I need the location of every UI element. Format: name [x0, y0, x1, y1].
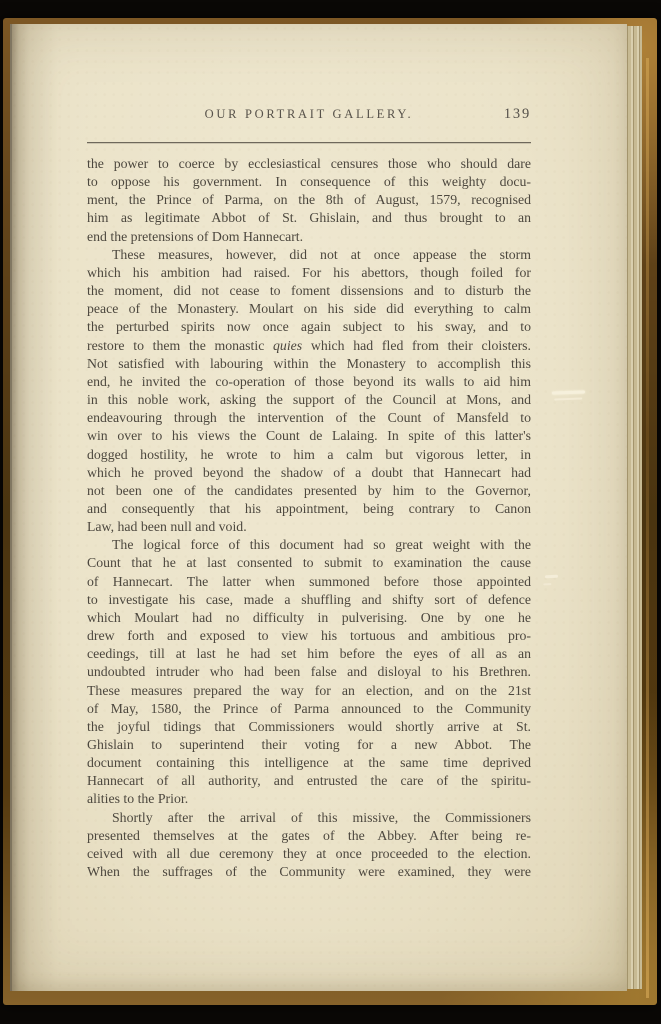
text-line: the moment, did not cease to foment diss…	[87, 282, 531, 300]
text-line: These measures, however, did not at once…	[87, 246, 531, 264]
text-line: drew forth and exposed to view his tortu…	[87, 627, 531, 645]
text-line: ceedings, till at last he had set him be…	[87, 645, 531, 663]
text-line: presented themselves at the gates of the…	[87, 827, 531, 845]
text-line: which Moulart had no difficulty in pulve…	[87, 609, 531, 627]
text-line: of May, 1580, the Prince of Parma announ…	[87, 700, 531, 718]
header-rule	[87, 142, 531, 143]
book-page: OUR PORTRAIT GALLERY. 139 the power to c…	[10, 24, 627, 991]
text-line: The logical force of this document had s…	[87, 536, 531, 554]
text-line: endeavouring through the intervention of…	[87, 409, 531, 427]
text-line: of Hannecart. The latter when summoned b…	[87, 573, 531, 591]
page-stack-edges	[625, 26, 642, 989]
text-line: Ghislain to superintend their voting for…	[87, 736, 531, 754]
paragraph: The logical force of this document had s…	[87, 536, 531, 808]
paragraph: These measures, however, did not at once…	[87, 246, 531, 537]
text-line: in this noble work, asking the support o…	[87, 391, 531, 409]
running-title: OUR PORTRAIT GALLERY.	[205, 107, 414, 122]
page-header: OUR PORTRAIT GALLERY. 139	[87, 107, 531, 127]
text-line: which his ambition had raised. For his a…	[87, 264, 531, 282]
text-line: peace of the Monastery. Moulart on his s…	[87, 300, 531, 318]
text-line: not been one of the candidates presented…	[87, 482, 531, 500]
text-line: undoubted intruder who had been false an…	[87, 663, 531, 681]
text-line: alities to the Prior.	[87, 790, 531, 808]
text-line: him as legitimate Abbot of St. Ghislain,…	[87, 209, 531, 227]
text-line: When the suffrages of the Community were…	[87, 863, 531, 881]
text-line: win over to his views the Count de Lalai…	[87, 427, 531, 445]
page-text: the power to coerce by ecclesiastical ce…	[87, 155, 531, 881]
text-line: document containing this intelligence at…	[87, 754, 531, 772]
paragraph: the power to coerce by ecclesiastical ce…	[87, 155, 531, 246]
text-line: and consequently that his appointment, b…	[87, 500, 531, 518]
text-line: to oppose his government. In consequence…	[87, 173, 531, 191]
text-line: Hannecart of all authority, and entruste…	[87, 772, 531, 790]
text-line: end the pretensions of Dom Hannecart.	[87, 228, 531, 246]
text-line: Shortly after the arrival of this missiv…	[87, 809, 531, 827]
paragraph: Shortly after the arrival of this missiv…	[87, 809, 531, 882]
text-line: dogged hostility, he wrote to him a calm…	[87, 446, 531, 464]
text-line: the perturbed spirits now once again sub…	[87, 318, 531, 336]
text-line: These measures prepared the way for an e…	[87, 682, 531, 700]
book-scan: OUR PORTRAIT GALLERY. 139 the power to c…	[0, 0, 661, 1024]
text-line: ment, the Prince of Parma, on the 8th of…	[87, 191, 531, 209]
text-line: Not satisfied with labouring within the …	[87, 355, 531, 373]
text-line: restore to them the monastic quies which…	[87, 337, 531, 355]
cover-gilt-edge	[646, 58, 649, 998]
text-line: the power to coerce by ecclesiastical ce…	[87, 155, 531, 173]
page-number: 139	[504, 106, 531, 123]
text-line: Count that he at last consented to submi…	[87, 554, 531, 572]
text-line: to investigate his case, made a shufflin…	[87, 591, 531, 609]
text-line: Law, had been null and void.	[87, 518, 531, 536]
text-line: the joyful tidings that Commissioners wo…	[87, 718, 531, 736]
text-line: ceived with all due ceremony they at onc…	[87, 845, 531, 863]
gutter-shadow	[12, 24, 58, 991]
text-line: which he proved beyond the shadow of a d…	[87, 464, 531, 482]
text-line: end, he invited the co-operation of thos…	[87, 373, 531, 391]
